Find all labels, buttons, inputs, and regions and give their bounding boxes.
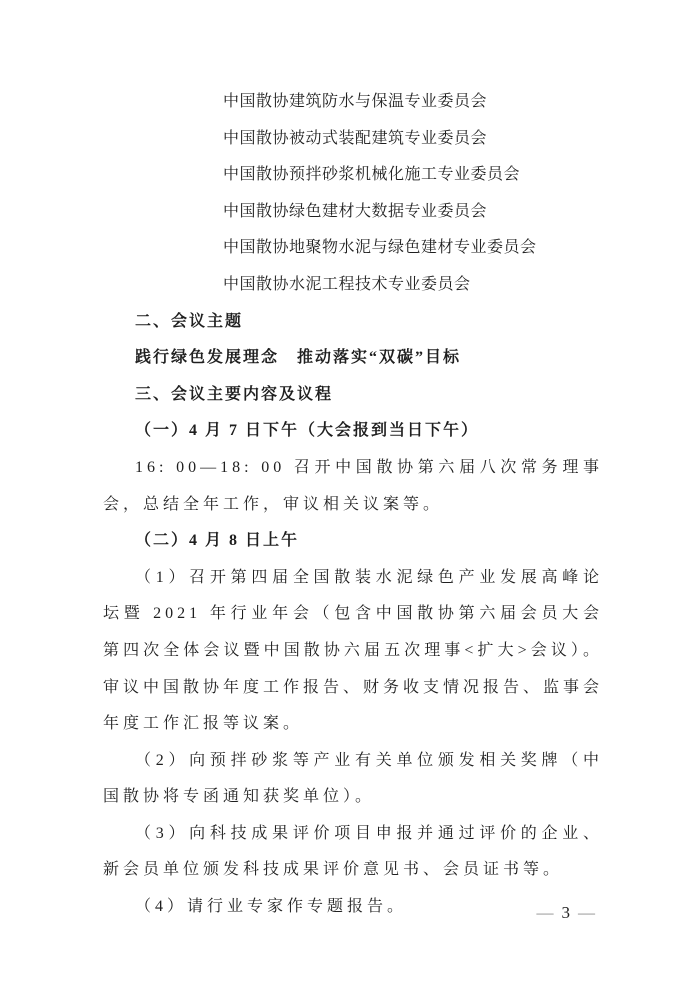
committee-list: 中国散协建筑防水与保温专业委员会 中国散协被动式装配建筑专业委员会 中国散协预拌… — [103, 84, 603, 304]
topic-slogan: 践行绿色发展理念 推动落实“双碳”目标 — [103, 340, 603, 377]
agenda-item-4: （4）请行业专家作专题报告。 — [103, 889, 603, 926]
page-number: — 3 — — [532, 901, 601, 925]
committee-item: 中国散协被动式装配建筑专业委员会 — [103, 121, 603, 158]
day1-paragraph: 16: 00—18: 00 召开中国散协第六届八次常务理事会，总结全年工作，审议… — [103, 450, 603, 523]
agenda-item-3: （3）向科技成果评价项目申报并通过评价的企业、新会员单位颁发科技成果评价意见书、… — [103, 816, 603, 889]
committee-item: 中国散协水泥工程技术专业委员会 — [103, 267, 603, 304]
document-page: 中国散协建筑防水与保温专业委员会 中国散协被动式装配建筑专业委员会 中国散协预拌… — [0, 0, 700, 990]
day2-heading: （二）4 月 8 日上午 — [103, 523, 603, 560]
day1-heading: （一）4 月 7 日下午（大会报到当日下午） — [103, 413, 603, 450]
page-number-dash-right: — — [578, 901, 595, 925]
page-number-value: 3 — [562, 901, 571, 925]
committee-item: 中国散协地聚物水泥与绿色建材专业委员会 — [103, 230, 603, 267]
committee-item: 中国散协建筑防水与保温专业委员会 — [103, 84, 603, 121]
document-content: 中国散协建筑防水与保温专业委员会 中国散协被动式装配建筑专业委员会 中国散协预拌… — [103, 84, 603, 926]
page-number-dash-left: — — [537, 901, 554, 925]
agenda-item-2: （2）向预拌砂浆等产业有关单位颁发相关奖牌（中国散协将专函通知获奖单位）。 — [103, 743, 603, 816]
section-heading-agenda: 三、会议主要内容及议程 — [103, 377, 603, 414]
committee-item: 中国散协预拌砂浆机械化施工专业委员会 — [103, 157, 603, 194]
committee-item: 中国散协绿色建材大数据专业委员会 — [103, 194, 603, 231]
agenda-item-1: （1）召开第四届全国散装水泥绿色产业发展高峰论坛暨 2021 年行业年会（包含中… — [103, 560, 603, 743]
section-heading-topic: 二、会议主题 — [103, 304, 603, 341]
